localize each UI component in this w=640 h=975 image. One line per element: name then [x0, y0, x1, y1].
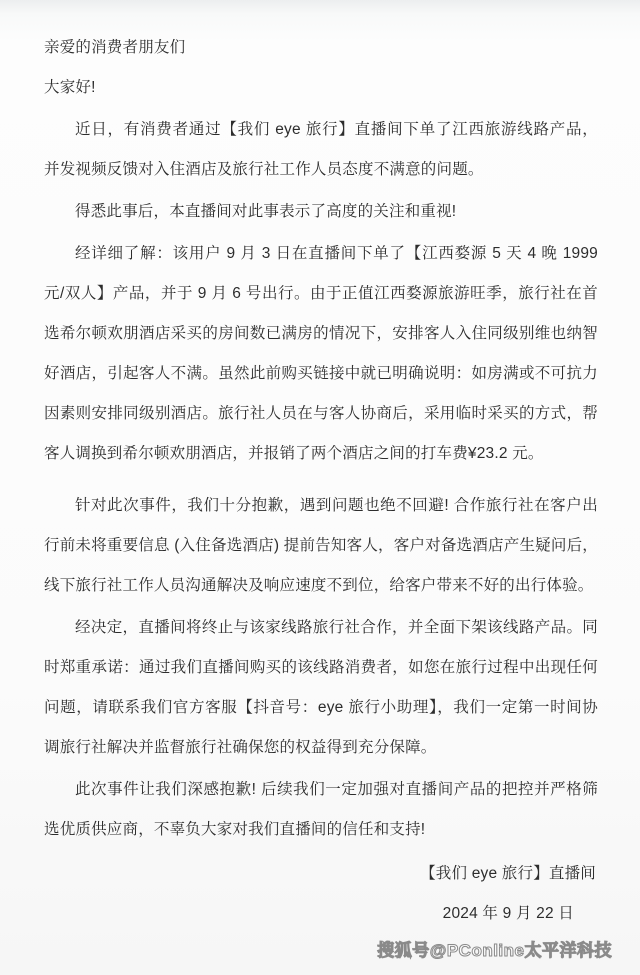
paragraph-incident-report: 近日，有消费者通过【我们 eye 旅行】直播间下单了江西旅游线路产品， 并发视频…: [44, 110, 598, 190]
body-line: 好酒店，引起客人不满。虽然此前购买链接中就已明确说明：如房满或不可抗力: [44, 354, 598, 394]
body-line: 时郑重承诺：通过我们直播间购买的该线路消费者，如您在旅行过程中出现任何: [44, 648, 598, 688]
signature-block: 【我们 eye 旅行】直播间 2024 年 9 月 22 日: [44, 854, 598, 934]
paragraph-decision: 经决定，直播间将终止与该家线路旅行社合作，并全面下架该线路产品。同 时郑重承诺：…: [44, 608, 598, 768]
greeting-block: 亲爱的消费者朋友们 大家好!: [44, 28, 598, 108]
body-line: 调旅行社解决并监督旅行社确保您的权益得到充分保障。: [44, 728, 598, 768]
body-line: 针对此次事件，我们十分抱歉，遇到问题也绝不回避! 合作旅行社在客户出: [44, 486, 598, 526]
statement-document-page: 亲爱的消费者朋友们 大家好! 近日，有消费者通过【我们 eye 旅行】直播间下单…: [0, 0, 640, 975]
body-line: 线下旅行社工作人员沟通解决及响应速度不到位，给客户带来不好的出行体验。: [44, 566, 598, 606]
greeting-line: 大家好!: [44, 68, 598, 108]
body-line: 客人调换到希尔顿欢朋酒店，并报销了两个酒店之间的打车费¥23.2 元。: [44, 434, 598, 474]
body-line: 并发视频反馈对入住酒店及旅行社工作人员态度不满意的问题。: [44, 150, 598, 190]
body-line: 经决定，直播间将终止与该家线路旅行社合作，并全面下架该线路产品。同: [44, 608, 598, 648]
body-line: 此次事件让我们深感抱歉! 后续我们一定加强对直播间产品的把控并严格筛: [44, 770, 598, 810]
body-line: 经详细了解：该用户 9 月 3 日在直播间下单了【江西婺源 5 天 4 晚 19…: [44, 234, 598, 274]
body-line: 近日，有消费者通过【我们 eye 旅行】直播间下单了江西旅游线路产品，: [44, 110, 598, 150]
paragraph-apology: 针对此次事件，我们十分抱歉，遇到问题也绝不回避! 合作旅行社在客户出 行前未将重…: [44, 486, 598, 606]
paragraph-investigation: 经详细了解：该用户 9 月 3 日在直播间下单了【江西婺源 5 天 4 晚 19…: [44, 234, 598, 474]
paragraph-commitment: 此次事件让我们深感抱歉! 后续我们一定加强对直播间产品的把控并严格筛 选优质供应…: [44, 770, 598, 850]
sohu-watermark: 搜狐号@PConline太平洋科技: [377, 936, 612, 961]
body-line: 因素则安排同级别酒店。旅行社人员在与客人协商后，采用临时采买的方式，帮: [44, 394, 598, 434]
date-line: 2024 年 9 月 22 日: [44, 894, 598, 934]
body-line: 选希尔顿欢朋酒店采买的房间数已满房的情况下，安排客人入住同级别维也纳智: [44, 314, 598, 354]
body-line: 选优质供应商，不辜负大家对我们直播间的信任和支持!: [44, 810, 598, 850]
statement-body: 亲爱的消费者朋友们 大家好! 近日，有消费者通过【我们 eye 旅行】直播间下单…: [0, 0, 640, 934]
body-line: 问题，请联系我们官方客服【抖音号：eye 旅行小助理】，我们一定第一时间协: [44, 688, 598, 728]
body-line: 行前未将重要信息 (入住备选酒店) 提前告知客人，客户对备选酒店产生疑问后，: [44, 526, 598, 566]
body-line: 元/双人】产品，并于 9 月 6 号出行。由于正值江西婺源旅游旺季，旅行社在首: [44, 274, 598, 314]
salutation-line: 亲爱的消费者朋友们: [44, 28, 598, 68]
paragraph-attention: 得悉此事后，本直播间对此事表示了高度的关注和重视!: [44, 192, 598, 232]
body-line: 得悉此事后，本直播间对此事表示了高度的关注和重视!: [44, 192, 598, 232]
signature-line: 【我们 eye 旅行】直播间: [44, 854, 598, 894]
